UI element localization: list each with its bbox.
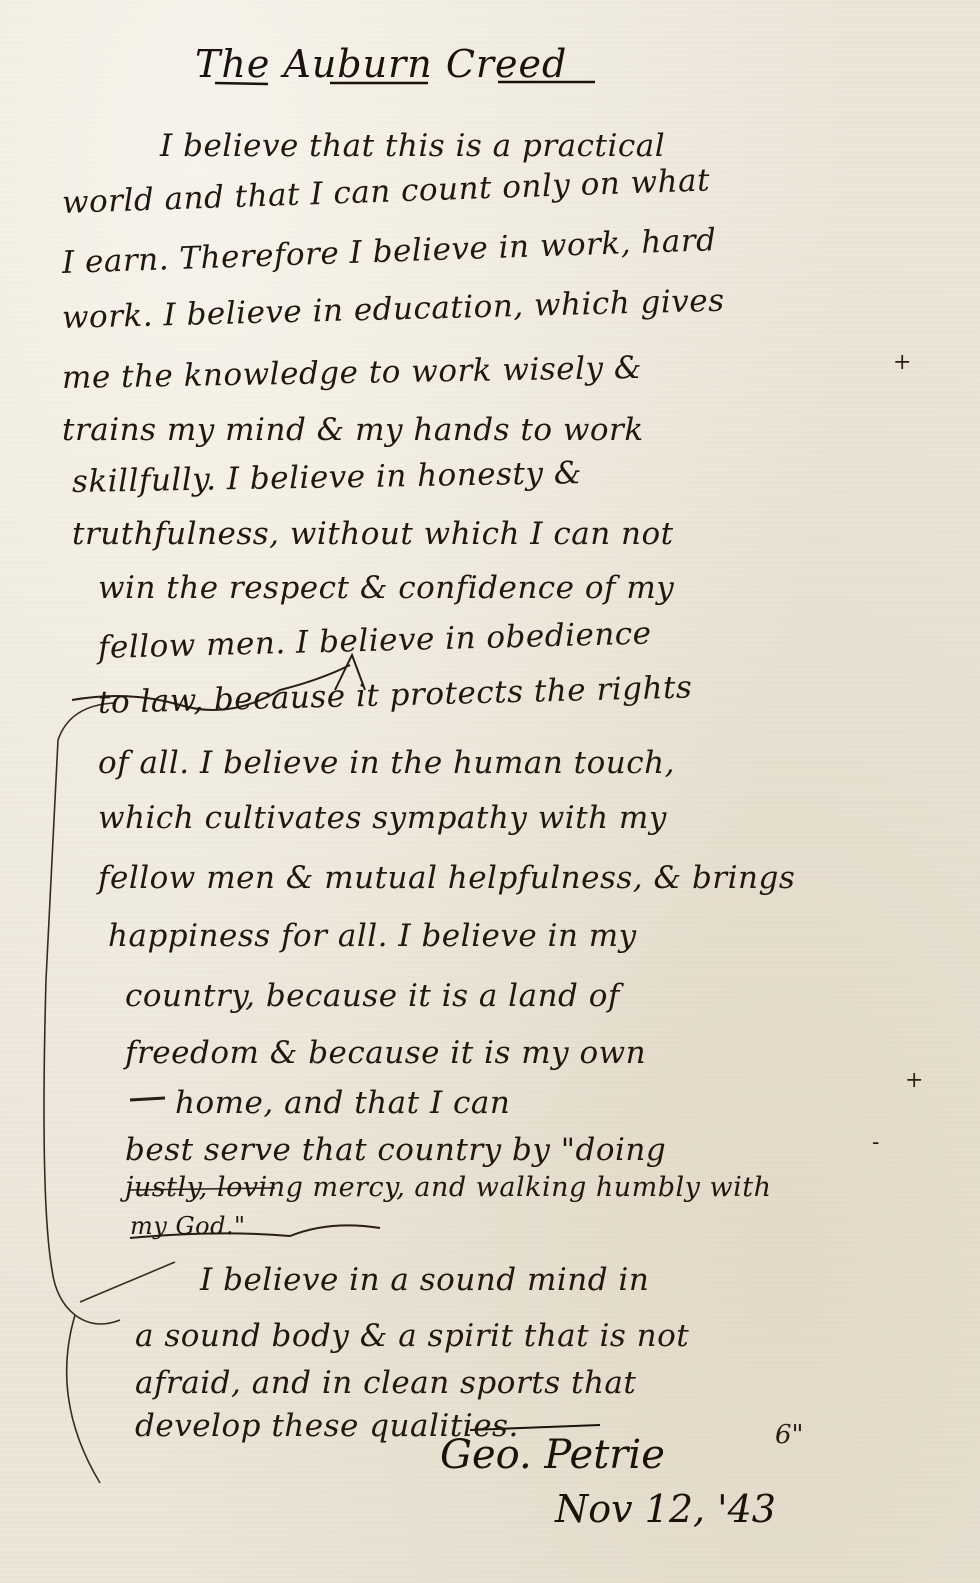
creed-line-17: freedom & because it is my own bbox=[125, 1035, 646, 1071]
creed-line-15: happiness for all. I believe in my bbox=[108, 918, 637, 954]
margin-plus-mark: + bbox=[905, 1068, 923, 1093]
margin-dash-mark: - bbox=[872, 1130, 879, 1155]
signature-date: Nov 12, '43 bbox=[555, 1487, 776, 1531]
creed-line-1: I believe that this is a practical bbox=[160, 128, 665, 164]
creed-line-22: I believe in a sound mind in bbox=[200, 1262, 649, 1298]
creed-line-6: trains my mind & my hands to work bbox=[62, 412, 644, 448]
margin-plus-mark-upper: + bbox=[893, 350, 911, 375]
creed-line-4: work. I believe in education, which give… bbox=[62, 283, 725, 336]
creed-line-21: my God." bbox=[130, 1212, 246, 1240]
handwritten-document-page: The Auburn Creed I believe that this is … bbox=[0, 0, 980, 1583]
creed-line-8: truthfulness, without which I can not bbox=[72, 516, 674, 552]
creed-line-11: to law, because it protects the rights bbox=[98, 669, 693, 721]
creed-line-7: skillfully. I believe in honesty & bbox=[72, 455, 583, 500]
creed-line-12: of all. I believe in the human touch, bbox=[98, 745, 675, 781]
creed-line-5: me the knowledge to work wisely & bbox=[62, 350, 643, 396]
creed-line-20: justly, loving mercy, and walking humbly… bbox=[125, 1172, 771, 1203]
creed-line-16: country, because it is a land of bbox=[125, 978, 620, 1014]
creed-line-9: win the respect & confidence of my bbox=[98, 570, 674, 606]
margin-note: 6" bbox=[775, 1420, 804, 1450]
creed-line-19: best serve that country by "doing bbox=[125, 1132, 666, 1168]
creed-line-24: afraid, and in clean sports that bbox=[135, 1365, 636, 1401]
creed-line-10: fellow men. I believe in obedience bbox=[98, 616, 652, 666]
document-title: The Auburn Creed bbox=[195, 42, 567, 86]
creed-line-13: which cultivates sympathy with my bbox=[98, 800, 667, 836]
signature: Geo. Petrie bbox=[440, 1432, 665, 1478]
creed-line-18: home, and that I can bbox=[175, 1085, 510, 1121]
creed-line-23: a sound body & a spirit that is not bbox=[135, 1318, 689, 1354]
creed-line-2: world and that I can count only on what bbox=[61, 162, 710, 221]
creed-line-3: I earn. Therefore I believe in work, har… bbox=[61, 222, 717, 281]
creed-line-14: fellow men & mutual helpfulness, & bring… bbox=[98, 860, 795, 896]
